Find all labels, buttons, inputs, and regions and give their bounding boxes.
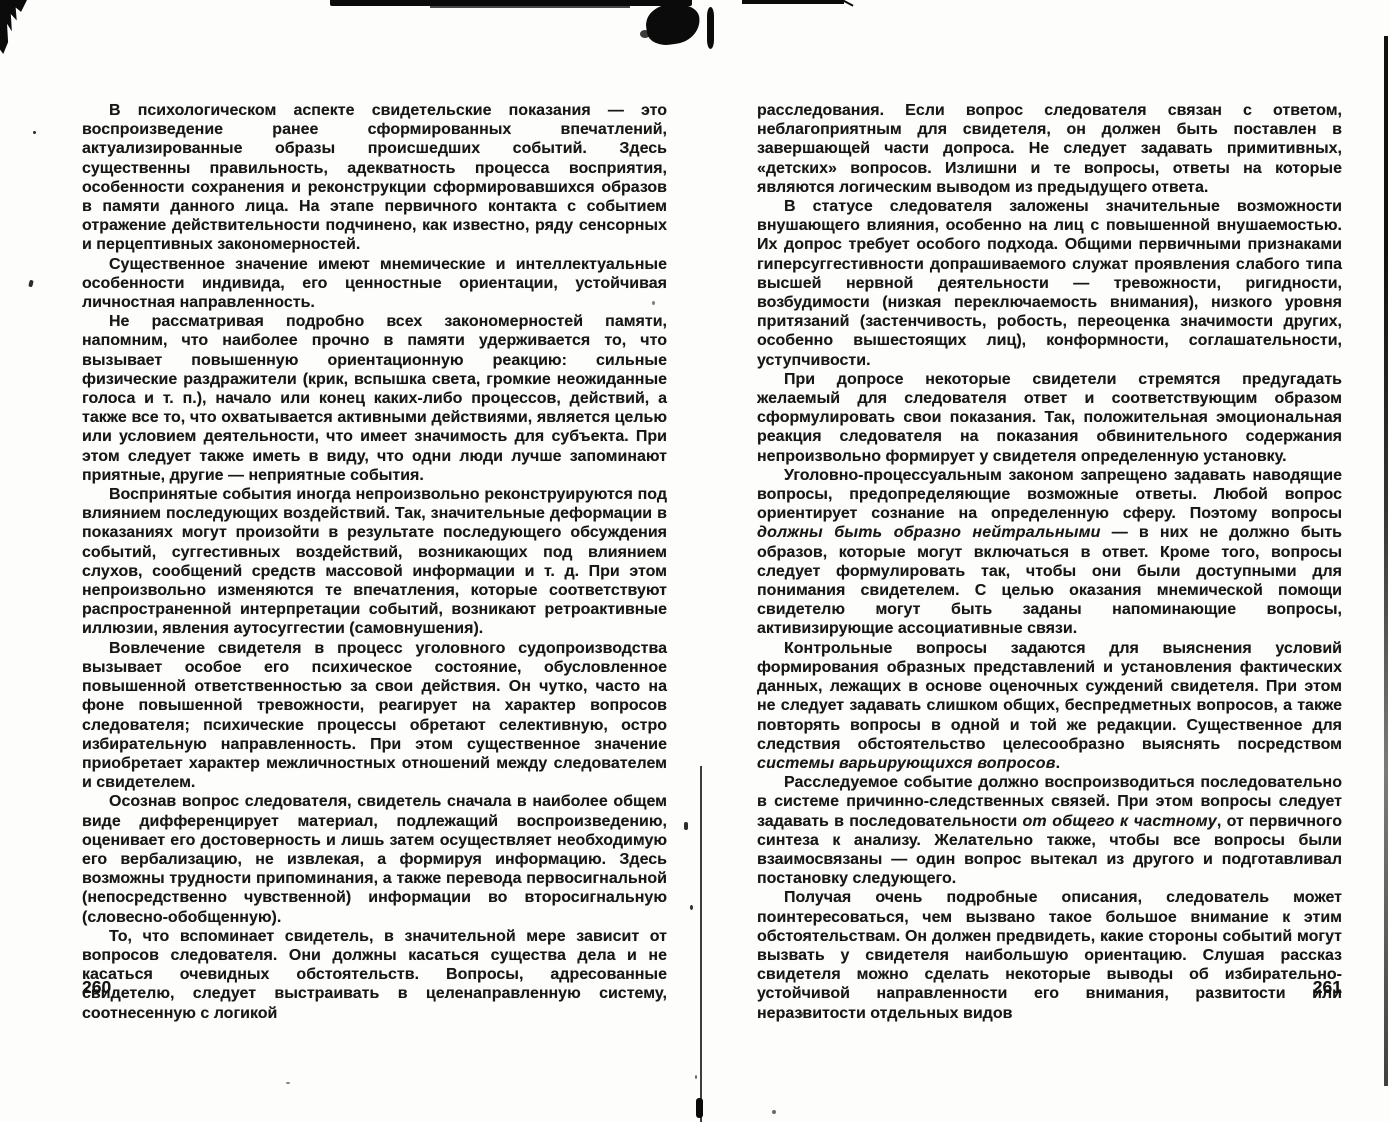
scan-artifact-top-bar-shadow <box>430 5 630 8</box>
paragraph: Осознав вопрос следователя, свидетель сн… <box>82 792 667 926</box>
scan-artifact-top-bar-right <box>742 0 844 4</box>
body-text: Воспринятые события иногда непроизвольно… <box>82 486 667 637</box>
body-text: В статусе следователя заложены значитель… <box>757 198 1342 369</box>
scan-speck <box>684 822 688 830</box>
emphasized-phrase: системы варьирующихся вопросов <box>757 755 1056 772</box>
scan-speck <box>690 905 693 910</box>
scan-artifact-binding-stroke <box>707 7 714 49</box>
emphasized-phrase: от общего к частному <box>1022 813 1216 830</box>
body-text: Вовлечение свидетеля в процесс уголовног… <box>82 640 667 791</box>
paragraph: Получая очень подробные описания, следов… <box>757 888 1342 1022</box>
scan-artifact-right-edge <box>1384 36 1388 1086</box>
body-text: Уголовно-процессуальным законом запрещен… <box>757 467 1342 522</box>
body-text: . <box>1056 755 1060 772</box>
paragraph: расследования. Если вопрос следователя с… <box>757 101 1342 197</box>
scan-speck <box>772 1110 776 1114</box>
emphasized-phrase: должны быть образно нейтральными <box>757 524 1101 541</box>
paragraph: Расследуемое событие должно воспроизводи… <box>757 773 1342 888</box>
scan-speck <box>286 1082 290 1084</box>
paragraph: Вовлечение свидетеля в процесс уголовног… <box>82 639 667 793</box>
paragraph: Уголовно-процессуальным законом запрещен… <box>757 466 1342 639</box>
page-number-right: 261 <box>1296 977 1342 998</box>
scan-artifact-ink-blot-small <box>640 30 650 38</box>
scan-speck <box>28 280 34 288</box>
page-number-left: 260 <box>82 977 111 998</box>
paragraph: То, что вспоминает свидетель, в значител… <box>82 927 667 1023</box>
body-text: Существенное значение имеют мнемические … <box>82 256 667 311</box>
body-text: Осознав вопрос следователя, свидетель сн… <box>82 793 667 925</box>
body-text: В психологическом аспекте свидетельские … <box>82 102 667 253</box>
body-text: расследования. Если вопрос следователя с… <box>757 102 1342 196</box>
paragraph: Существенное значение имеют мнемические … <box>82 255 667 313</box>
page-right-text: расследования. Если вопрос следователя с… <box>757 101 1342 1023</box>
body-text: Не рассматривая подробно всех закономерн… <box>82 313 667 484</box>
scan-speck <box>652 301 655 305</box>
paragraph: Воспринятые события иногда непроизвольно… <box>82 485 667 639</box>
body-text: Контрольные вопросы задаются для выяснен… <box>757 640 1342 753</box>
scan-artifact-top-left-corner <box>0 0 27 54</box>
paragraph: Контрольные вопросы задаются для выяснен… <box>757 639 1342 773</box>
book-spread: { "document": { "kind": "scanned book sp… <box>0 0 1389 1122</box>
page-left-text: В психологическом аспекте свидетельские … <box>82 101 667 1023</box>
body-text: Получая очень подробные описания, следов… <box>757 889 1342 1021</box>
paragraph: В статусе следователя заложены значитель… <box>757 197 1342 370</box>
scan-speck <box>33 131 36 134</box>
scan-speck <box>695 1075 697 1079</box>
scan-artifact-gutter-blob <box>696 1098 703 1118</box>
scan-artifact-ink-blot <box>643 0 703 48</box>
paragraph: Не рассматривая подробно всех закономерн… <box>82 312 667 485</box>
paragraph: При допросе некоторые свидетели стремятс… <box>757 370 1342 466</box>
body-text: То, что вспоминает свидетель, в значител… <box>82 928 667 1022</box>
paragraph: В психологическом аспекте свидетельские … <box>82 101 667 255</box>
scan-artifact-gutter-line <box>700 766 702 1122</box>
body-text: При допросе некоторые свидетели стремятс… <box>757 371 1342 465</box>
